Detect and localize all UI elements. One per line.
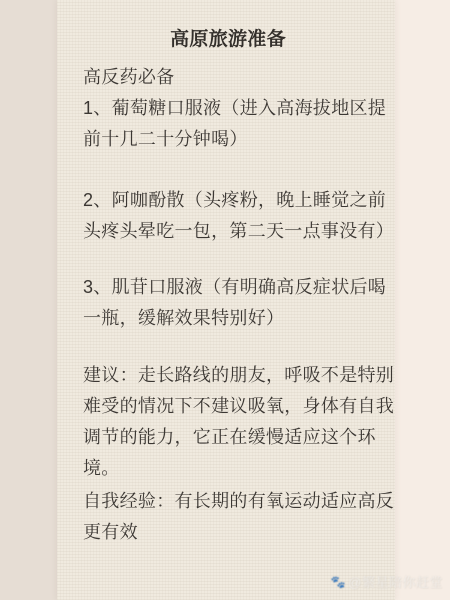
advice-line-3: 调节的能力，它正在缓慢适应这个环 [83, 422, 373, 453]
background-left-margin [0, 0, 57, 600]
experience-line-1: 自我经验：有长期的有氧运动适应高反 [83, 486, 373, 517]
list-item-2-line-2: 头疼头晕吃一包，第二天一点事没有） [83, 216, 373, 247]
advice-line-1: 建议：走长路线的朋友，呼吸不是特别 [83, 360, 373, 391]
advice-line-2: 难受的情况下不建议吸氧，身体有自我 [83, 391, 373, 422]
advice-paragraph: 建议：走长路线的朋友，呼吸不是特别 难受的情况下不建议吸氧，身体有自我 调节的能… [83, 360, 373, 484]
list-item-1-line-1: 1、葡萄糖口服液（进入高海拔地区提 [83, 93, 373, 124]
list-item-1-line-2: 前十几二十分钟喝） [83, 124, 373, 155]
note-title: 高原旅游准备 [83, 24, 373, 55]
watermark-text: @繁星陪你赶堂 [348, 572, 443, 591]
watermark: 🐾 @繁星陪你赶堂 [331, 572, 443, 591]
note-page: 高原旅游准备 高反药必备 1、葡萄糖口服液（进入高海拔地区提 前十几二十分钟喝）… [0, 0, 450, 600]
section-medicines: 高反药必备 1、葡萄糖口服液（进入高海拔地区提 前十几二十分钟喝） [83, 62, 373, 155]
paw-icon: 🐾 [331, 575, 346, 589]
experience-line-2: 更有效 [83, 517, 373, 548]
list-item-2-line-1: 2、阿咖酚散（头疼粉，晚上睡觉之前 [83, 185, 373, 216]
experience-paragraph: 自我经验：有长期的有氧运动适应高反 更有效 [83, 486, 373, 548]
list-item-3: 3、肌苷口服液（有明确高反症状后喝 一瓶，缓解效果特别好） [83, 272, 373, 334]
list-item-3-line-1: 3、肌苷口服液（有明确高反症状后喝 [83, 272, 373, 303]
list-item-3-line-2: 一瓶，缓解效果特别好） [83, 303, 373, 334]
note-card: 高原旅游准备 高反药必备 1、葡萄糖口服液（进入高海拔地区提 前十几二十分钟喝）… [57, 0, 395, 600]
section-heading: 高反药必备 [83, 62, 373, 93]
list-item-2: 2、阿咖酚散（头疼粉，晚上睡觉之前 头疼头晕吃一包，第二天一点事没有） [83, 185, 373, 247]
advice-line-4: 境。 [83, 453, 373, 484]
note-content: 高原旅游准备 高反药必备 1、葡萄糖口服液（进入高海拔地区提 前十几二十分钟喝）… [57, 0, 395, 548]
